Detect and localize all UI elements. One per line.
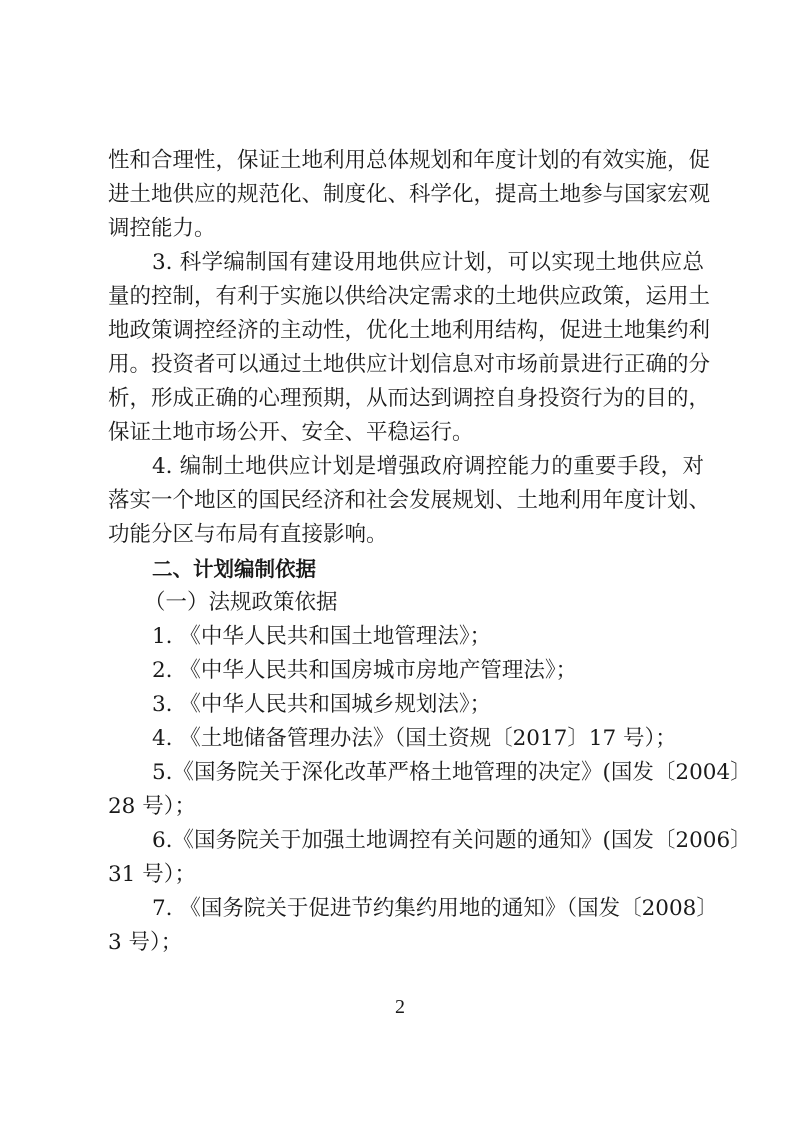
list-item: 7. 《国务院关于促进节约集约用地的通知》（国发〔2008〕 (152, 892, 704, 926)
paragraph-line: 3. 科学编制国有建设用地供应计划，可以实现土地供应总 (152, 246, 704, 280)
paragraph-line: 保证土地市场公开、安全、平稳运行。 (108, 416, 474, 450)
subsection-heading: （一）法规政策依据 (144, 586, 338, 620)
paragraph-line: 用。投资者可以通过土地供应计划信息对市场前景进行正确的分 (108, 348, 704, 382)
list-item: 1. 《中华人民共和国土地管理法》； (152, 620, 491, 654)
paragraph-line: 进土地供应的规范化、制度化、科学化，提高土地参与国家宏观 (108, 178, 704, 212)
list-item-continuation: 3 号）； (108, 926, 182, 960)
paragraph-line: 4. 编制土地供应计划是增强政府调控能力的重要手段，对 (152, 450, 704, 484)
list-item: 5.《国务院关于深化改革严格土地管理的决定》(国发〔2004〕 (152, 756, 704, 790)
paragraph-line: 地政策调控经济的主动性，优化土地利用结构，促进土地集约利 (108, 314, 704, 348)
paragraph-line: 功能分区与布局有直接影响。 (108, 518, 388, 552)
paragraph-line: 量的控制，有利于实施以供给决定需求的土地供应政策，运用土 (108, 280, 704, 314)
paragraph-line: 析，形成正确的心理预期，从而达到调控自身投资行为的目的， (108, 382, 704, 416)
paragraph-line: 落实一个地区的国民经济和社会发展规划、土地利用年度计划、 (108, 484, 704, 518)
list-item: 4. 《土地储备管理办法》（国土资规〔2017〕17 号）； (152, 722, 677, 756)
section-heading: 二、计划编制依据 (152, 552, 316, 586)
list-item: 3. 《中华人民共和国城乡规划法》； (152, 688, 491, 722)
list-item: 6.《国务院关于加强土地调控有关问题的通知》(国发〔2006〕 (152, 824, 704, 858)
paragraph-line: 调控能力。 (108, 212, 216, 246)
list-item-continuation: 28 号）； (108, 790, 196, 824)
paragraph-line: 性和合理性，保证土地利用总体规划和年度计划的有效实施，促 (108, 144, 704, 178)
list-item-continuation: 31 号）； (108, 858, 196, 892)
page-number: 2 (0, 996, 800, 1019)
list-item: 2. 《中华人民共和国房城市房地产管理法》； (152, 654, 577, 688)
